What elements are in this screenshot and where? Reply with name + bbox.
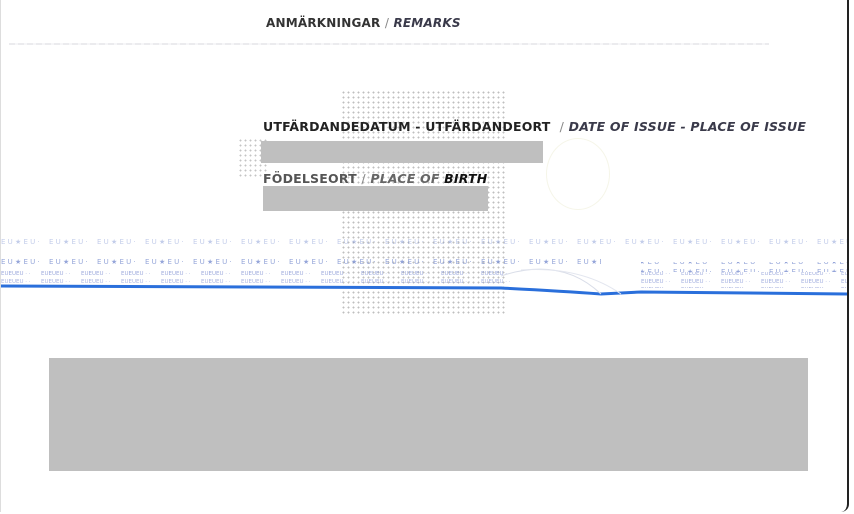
remarks-label: ANMÄRKNINGAR / REMARKS — [266, 16, 461, 30]
date-place-of-issue-label: UTFÄRDANDEDATUM - UTFÄRDANDEORT / DATE O… — [263, 119, 806, 134]
issue-label-en: DATE OF ISSUE - PLACE OF ISSUE — [569, 119, 806, 134]
eu-security-band: E U ★ E U · EUEUEU · · — [1, 236, 847, 302]
birth-label-en-prefix: PLACE OF — [370, 171, 439, 186]
birth-label-en-suffix: BIRTH — [444, 171, 487, 186]
label-separator: / — [385, 16, 389, 30]
issue-value-redacted — [261, 141, 543, 163]
remarks-label-en: REMARKS — [393, 16, 460, 30]
birth-place-value-redacted — [263, 186, 488, 211]
id-card-back: ANMÄRKNINGAR / REMARKS UTFÄRDANDEDATUM -… — [0, 0, 849, 512]
issue-label-sv: UTFÄRDANDEDATUM - UTFÄRDANDEORT — [263, 119, 551, 134]
watermark-seal — [546, 138, 610, 210]
mrz-redacted — [49, 358, 808, 471]
place-of-birth-label: FÖDELSEORT / PLACE OF BIRTH — [263, 171, 487, 186]
label-separator: / — [560, 119, 564, 134]
remarks-label-sv: ANMÄRKNINGAR — [266, 16, 380, 30]
remarks-line — [9, 43, 769, 45]
label-separator: / — [361, 171, 365, 186]
birth-label-sv: FÖDELSEORT — [263, 171, 357, 186]
